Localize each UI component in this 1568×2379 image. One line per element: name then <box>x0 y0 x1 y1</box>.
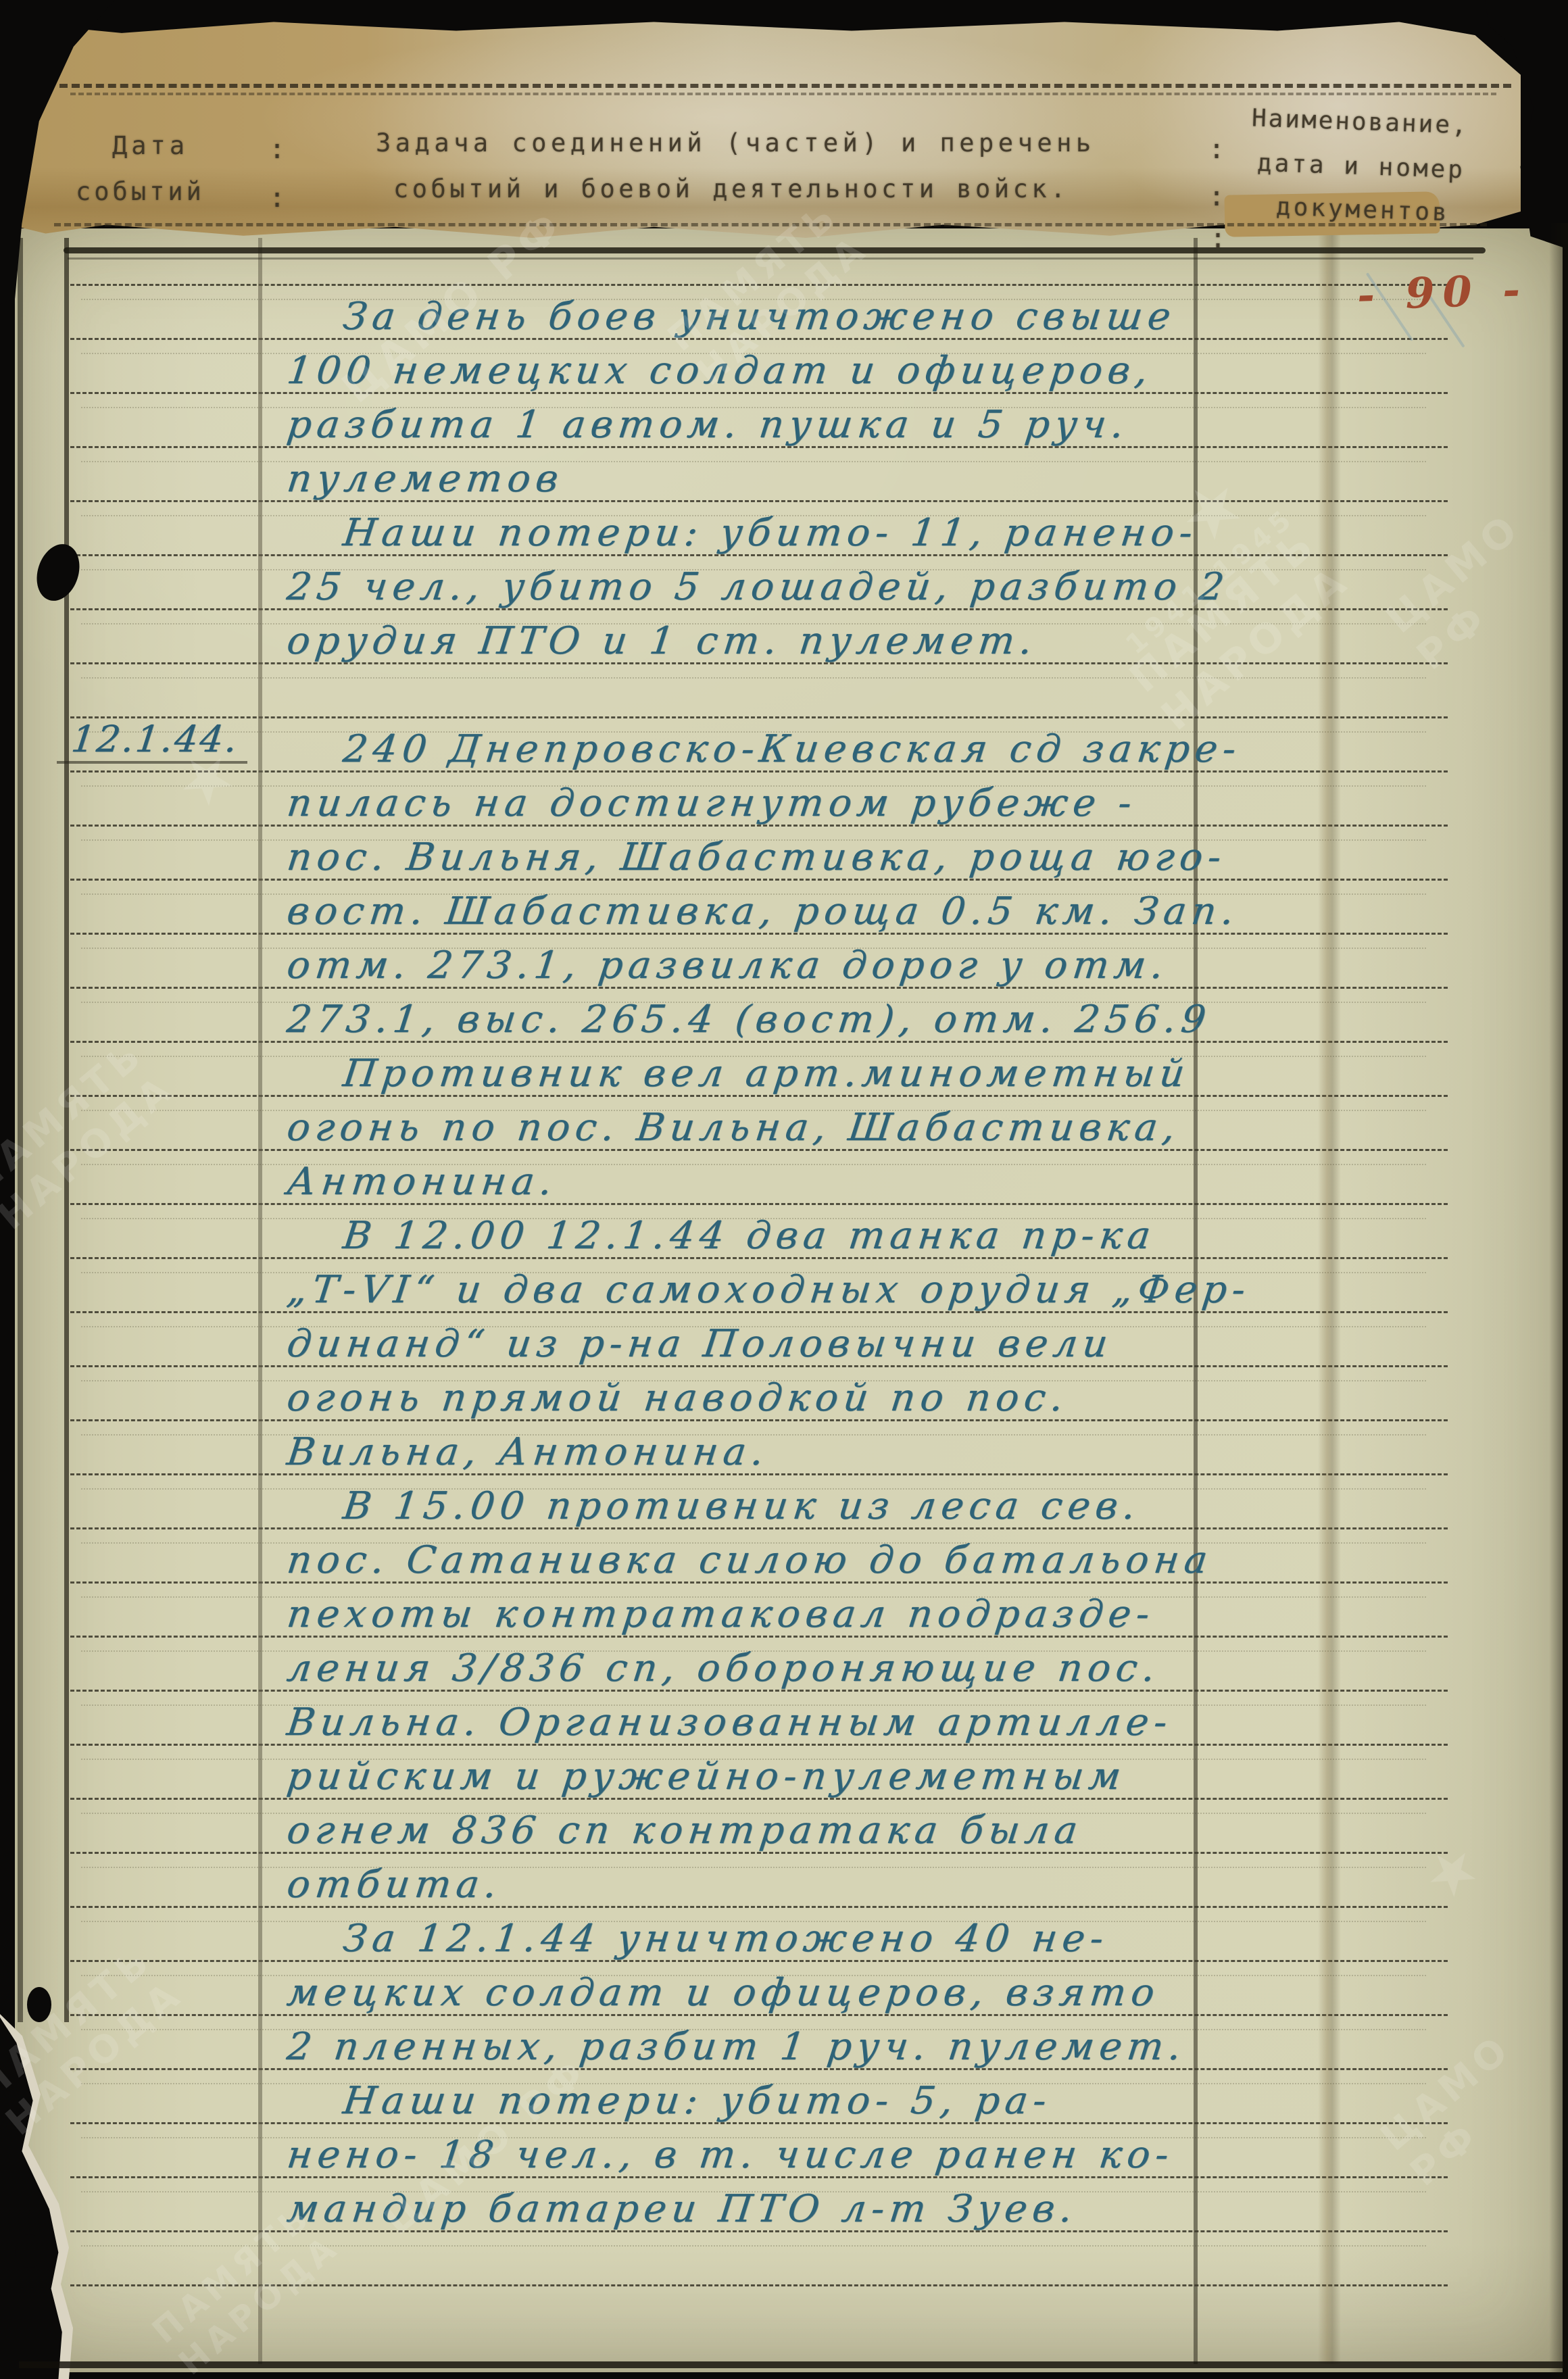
header-col-date-line2: событий <box>76 177 205 206</box>
manuscript-line: огонь прямой наводкой по пос. <box>285 1376 1071 1420</box>
header-top-rule <box>59 84 1511 88</box>
date-column-separator <box>258 238 262 2364</box>
page-left-edge <box>18 238 23 2022</box>
manuscript-line: огнем 836 сп контратака была <box>285 1809 1085 1853</box>
manuscript-line: За день боев уничтожено свыше <box>341 295 1178 339</box>
header-separator-right-3: : <box>1210 223 1226 254</box>
manuscript-line: нено- 18 чел., в т. числе ранен ко- <box>285 2133 1176 2177</box>
manuscript-line: пехоты контратаковал подразде- <box>285 1592 1157 1636</box>
ruled-line <box>70 500 1448 502</box>
ruled-line <box>70 2284 1448 2286</box>
manuscript-line: пос. Сатанивка силою до батальона <box>285 1538 1215 1582</box>
manuscript-line: пулеметов <box>285 457 566 501</box>
manuscript-line: В 12.00 12.1.44 два танка пр-ка <box>341 1214 1158 1258</box>
manuscript-line: В 15.00 противник из леса сев. <box>341 1484 1143 1528</box>
manuscript-line: разбита 1 автом. пушка и 5 руч. <box>285 403 1131 447</box>
header-bottom-rule <box>54 223 1487 226</box>
header-separator-right-2: : <box>1208 181 1225 212</box>
ruled-line-faint <box>81 1867 1426 1868</box>
manuscript-line: пос. Вильня, Шабастивка, роща юго- <box>285 835 1229 879</box>
paper-hole <box>27 1987 51 2022</box>
ruled-line-faint <box>81 461 1426 462</box>
ruled-line-faint <box>81 1164 1426 1165</box>
manuscript-line: пилась на достигнутом рубеже - <box>285 781 1140 825</box>
header-separator-left-2: : <box>269 182 285 214</box>
manuscript-line: динанд“ из р-на Половычни вели <box>285 1322 1115 1366</box>
manuscript-line: 100 немецких солдат и офицеров, <box>285 349 1155 393</box>
page-top-border-inner <box>68 257 1473 260</box>
header-col-task-line1: Задача соединений (частей) и перечень <box>376 128 1096 157</box>
manuscript-line: отм. 273.1, развилка дорог у отм. <box>285 943 1171 987</box>
ruled-line <box>70 716 1448 718</box>
header-col-task-line2: событий и боевой деятельности войск. <box>393 174 1069 203</box>
manuscript-line: Вильна. Организованным артилле- <box>285 1700 1175 1744</box>
manuscript-line: Вильна, Антонина. <box>285 1430 771 1474</box>
ruled-line <box>70 1906 1448 1908</box>
ruled-line <box>70 1203 1448 1205</box>
manuscript-line: 25 чел., убито 5 лошадей, разбито 2 <box>285 565 1231 609</box>
manuscript-line: мандир батареи ПТО л-т Зуев. <box>285 2187 1080 2231</box>
fold-crease <box>1318 234 1341 2364</box>
manuscript-line: Наши потери: убито- 11, ранено- <box>341 511 1200 555</box>
manuscript-line: 2 пленных, разбит 1 руч. пулемет. <box>285 2025 1189 2069</box>
manuscript-line: огонь по пос. Вильна, Шабастивка, <box>285 1106 1183 1150</box>
entry-date: 12.1.44. <box>69 718 241 760</box>
manuscript-line: 240 Днепровско-Киевская сд закре- <box>341 727 1244 771</box>
manuscript-line: 273.1, выс. 265.4 (вост), отм. 256.9 <box>285 998 1213 1041</box>
manuscript-line: „Т-VI“ и два самоходных орудия „Фер- <box>285 1268 1253 1312</box>
ruled-line-faint <box>81 2245 1426 2247</box>
header-top-rule-2 <box>70 93 1496 95</box>
entry-date-underline <box>57 761 247 764</box>
manuscript-line: ления 3/836 сп, обороняющие пос. <box>285 1646 1162 1690</box>
page-right-edge <box>1549 223 1568 2379</box>
manuscript-line: Противник вел арт.минометный <box>341 1052 1192 1096</box>
manuscript-line: рийским и ружейно-пулеметным <box>285 1755 1129 1798</box>
ruled-line <box>70 284 1448 286</box>
page-top-border <box>64 247 1486 253</box>
header-col-date-line1: Дата <box>112 131 189 160</box>
manuscript-line: вост. Шабастивка, роща 0.5 км. Зап. <box>285 889 1242 933</box>
manuscript-line: отбита. <box>285 1863 504 1907</box>
manuscript-line: мецких солдат и офицеров, взято <box>285 1971 1162 2015</box>
header-separator-left-1: : <box>269 134 285 165</box>
manuscript-line: орудия ПТО и 1 ст. пулемет. <box>285 619 1040 663</box>
page-number: - 90 - <box>1356 265 1529 320</box>
manuscript-line: Наши потери: убито- 5, ра- <box>341 2079 1054 2123</box>
left-margin-border <box>64 238 69 2022</box>
ruled-line-faint <box>81 677 1426 679</box>
manuscript-line: Антонина. <box>285 1160 560 1204</box>
header-separator-right-1: : <box>1208 134 1225 165</box>
page-bottom-edge <box>19 2361 1564 2368</box>
paper-hole <box>15 2234 43 2268</box>
manuscript-line: За 12.1.44 уничтожено 40 не- <box>341 1917 1111 1961</box>
